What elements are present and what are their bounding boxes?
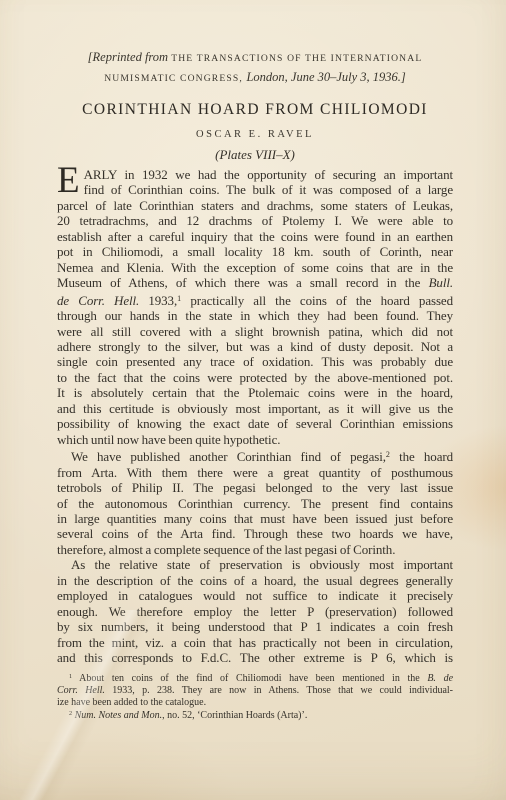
text-line: It is absolutely certain that the Ptolem… bbox=[57, 385, 453, 400]
body-paragraph: EARLY in 1932 we had the opportunity of … bbox=[57, 167, 453, 447]
text-line: We have published another Corinthian fin… bbox=[57, 447, 453, 464]
text-line: in the description of the coins of a hoa… bbox=[57, 573, 453, 588]
plates-note: (Plates VIII–X) bbox=[57, 147, 453, 163]
text-segment: 20 tetradrachms, and 12 drachms of Ptole… bbox=[57, 213, 453, 228]
text-segment: About ten coins of the find of Chiliomod… bbox=[72, 673, 427, 684]
text-line: in large quantities many coins that must… bbox=[57, 511, 453, 526]
text-segment: and this certitude is obviously most imp… bbox=[57, 401, 453, 416]
text-segment: of the autonomous Corinthian currency. T… bbox=[57, 496, 453, 511]
text-segment: and this corresponds to F.d.C. The other… bbox=[57, 650, 453, 665]
text-line: establish after a careful inquiry that t… bbox=[57, 229, 453, 244]
text-line: of the autonomous Corinthian currency. T… bbox=[57, 496, 453, 511]
text-line: Corr. Hell. 1933, p. 238. They are now i… bbox=[57, 685, 453, 697]
italic-text: B. de bbox=[427, 673, 453, 684]
text-segment: practically all the coins of the hoard p… bbox=[181, 293, 453, 308]
text-segment: establish after a careful inquiry that t… bbox=[57, 229, 453, 244]
text-line: employed in catalogues would not suffice… bbox=[57, 588, 453, 603]
smallcaps-text: NUMISMATIC CONGRESS, bbox=[104, 73, 246, 84]
text-segment: possibility of knowing the exact date of… bbox=[57, 416, 453, 431]
text-line: possibility of knowing the exact date of… bbox=[57, 416, 453, 431]
text-line: pot in Chiliomodi, a small locality 18 k… bbox=[57, 244, 453, 259]
text-line: and this certitude is obviously most imp… bbox=[57, 401, 453, 416]
footnotes: 1 About ten coins of the find of Chiliom… bbox=[57, 671, 453, 722]
text-line: Nemea and Klenia. With the exception of … bbox=[57, 260, 453, 275]
text-segment: by six numbers, it being understood that… bbox=[57, 619, 453, 634]
text-line: from Arta. With them there were a great … bbox=[57, 465, 453, 480]
text-segment: pot in Chiliomodi, a small locality 18 k… bbox=[57, 244, 453, 259]
text-segment: from Arta. With them there were a great … bbox=[57, 465, 453, 480]
italic-text: Corr. Hell. bbox=[57, 685, 112, 696]
text-segment: single coin presented any trace of oxida… bbox=[57, 354, 453, 369]
text-segment: to the fact that the coins were protecte… bbox=[57, 370, 453, 385]
text-segment: enough. We therefore employ the letter P… bbox=[57, 604, 453, 619]
paper-page: [Reprinted from THE TRANSACTIONS OF THE … bbox=[0, 0, 506, 800]
text-segment: 1933, bbox=[148, 293, 177, 308]
drop-cap: E bbox=[57, 167, 80, 197]
body-paragraph: As the relative state of preservation is… bbox=[57, 557, 453, 665]
text-line: tetrobols of Philip II. The pegasi belon… bbox=[57, 480, 453, 495]
text-line: parcel of late Corinthian staters and dr… bbox=[57, 198, 453, 213]
text-segment: several coins of the Arta find. Through … bbox=[57, 526, 453, 541]
footnote: 2 Num. Notes and Mon., no. 52, ‘Corinthi… bbox=[57, 708, 453, 722]
text-segment: from the mint, viz. a coin that has prac… bbox=[57, 635, 453, 650]
text-line: ize have been added to the catalogue. bbox=[57, 697, 453, 709]
text-segment: in the description of the coins of a hoa… bbox=[57, 573, 453, 588]
text-line: through our hands in the state in which … bbox=[57, 308, 453, 323]
text-line: were all still covered with a slight bro… bbox=[57, 324, 453, 339]
text-segment: parcel of late Corinthian staters and dr… bbox=[57, 198, 453, 213]
text-line: ARLY in 1932 we had the opportunity of s… bbox=[57, 167, 453, 182]
author-name: OSCAR E. RAVEL bbox=[57, 129, 453, 140]
text-segment: Museum of Athens, of which there was a s… bbox=[57, 275, 429, 290]
text-segment: employed in catalogues would not suffice… bbox=[57, 588, 453, 603]
text-segment: ize have been added to the catalogue. bbox=[57, 697, 206, 708]
text-segment: Nemea and Klenia. With the exception of … bbox=[57, 260, 453, 275]
text-line: 20 tetradrachms, and 12 drachms of Ptole… bbox=[57, 213, 453, 228]
text-line: adhere strongly to the silver, but was a… bbox=[57, 339, 453, 354]
text-line: by six numbers, it being understood that… bbox=[57, 619, 453, 634]
body-paragraph: We have published another Corinthian fin… bbox=[57, 447, 453, 557]
text-segment: adhere strongly to the silver, but was a… bbox=[57, 339, 453, 354]
italic-text: [Reprinted from bbox=[88, 50, 172, 64]
text-line: which until now have been quite hypothet… bbox=[57, 432, 453, 447]
text-segment: in large quantities many coins that must… bbox=[57, 511, 453, 526]
italic-text: Num. Notes and Mon. bbox=[75, 711, 163, 722]
text-line: and this corresponds to F.d.C. The other… bbox=[57, 650, 453, 665]
text-line: to the fact that the coins were protecte… bbox=[57, 370, 453, 385]
reprint-notice-line-2: NUMISMATIC CONGRESS, London, June 30–Jul… bbox=[57, 68, 453, 88]
text-segment: therefore, almost a complete sequence of… bbox=[57, 542, 395, 557]
footnote: 1 About ten coins of the find of Chiliom… bbox=[57, 671, 453, 708]
text-segment: It is absolutely certain that the Ptolem… bbox=[57, 385, 453, 400]
text-segment: through our hands in the state in which … bbox=[57, 308, 453, 323]
text-segment: which until now have been quite hypothet… bbox=[57, 432, 280, 447]
text-segment: tetrobols of Philip II. The pegasi belon… bbox=[57, 480, 453, 495]
article-title: CORINTHIAN HOARD FROM CHILIOMODI bbox=[45, 101, 465, 119]
text-line: 2 Num. Notes and Mon., no. 52, ‘Corinthi… bbox=[57, 708, 453, 722]
smallcaps-text: THE TRANSACTIONS OF THE INTERNATIONAL bbox=[171, 53, 422, 64]
text-line: enough. We therefore employ the letter P… bbox=[57, 604, 453, 619]
text-line: 1 About ten coins of the find of Chiliom… bbox=[57, 671, 453, 685]
text-segment: As the relative state of preservation is… bbox=[71, 557, 453, 572]
text-line: Museum of Athens, of which there was a s… bbox=[57, 275, 453, 290]
italic-text: London, June 30–July 3, 1936.] bbox=[246, 70, 405, 84]
text-segment: We have published another Corinthian fin… bbox=[71, 449, 386, 464]
text-segment: find of Corinthian coins. The bulk of it… bbox=[84, 182, 453, 197]
text-line: de Corr. Hell. 1933,1 practically all th… bbox=[57, 291, 453, 308]
text-segment: the hoard bbox=[390, 449, 453, 464]
text-segment: ARLY in 1932 we had the opportunity of s… bbox=[84, 167, 453, 182]
text-line: from the mint, viz. a coin that has prac… bbox=[57, 635, 453, 650]
text-line: single coin presented any trace of oxida… bbox=[57, 354, 453, 369]
reprint-notice-line-1: [Reprinted from THE TRANSACTIONS OF THE … bbox=[57, 48, 453, 68]
text-line: several coins of the Arta find. Through … bbox=[57, 526, 453, 541]
text-segment: were all still covered with a slight bro… bbox=[57, 324, 453, 339]
italic-text: Bull. bbox=[429, 275, 453, 290]
text-segment: 1933, p. 238. They are now in Athens. Th… bbox=[112, 685, 453, 696]
text-line: therefore, almost a complete sequence of… bbox=[57, 542, 453, 557]
text-line: find of Corinthian coins. The bulk of it… bbox=[57, 182, 453, 197]
text-line: As the relative state of preservation is… bbox=[57, 557, 453, 572]
article-body: EARLY in 1932 we had the opportunity of … bbox=[57, 167, 453, 666]
italic-text: de Corr. Hell. bbox=[57, 293, 148, 308]
reprint-notice: [Reprinted from THE TRANSACTIONS OF THE … bbox=[57, 48, 453, 88]
text-segment: , no. 52, ‘Corinthian Hoards (Arta)’. bbox=[162, 711, 307, 722]
